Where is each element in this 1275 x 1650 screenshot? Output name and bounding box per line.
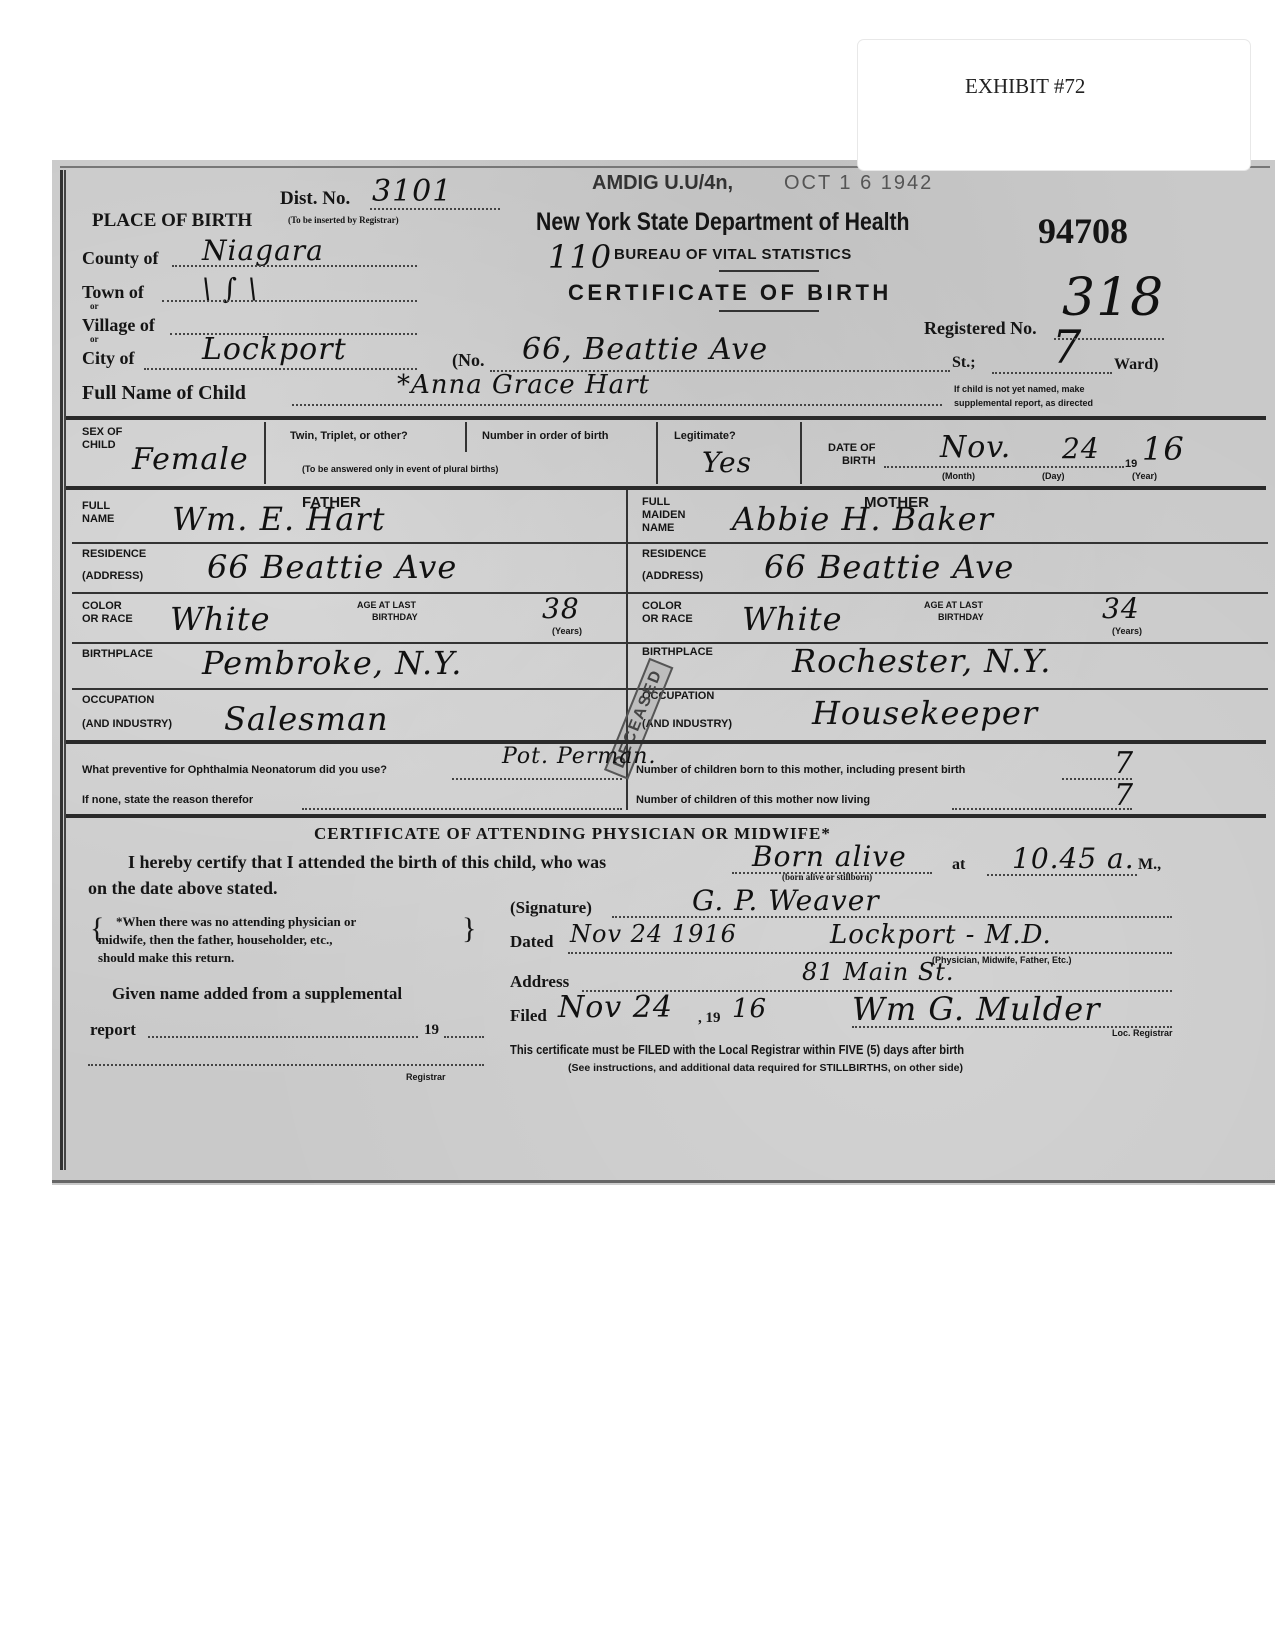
child-name-value: *Anna Grace Hart [397, 370, 650, 400]
exhibit-sticker [858, 40, 1250, 170]
registrar-signature: Wm G. Mulder [852, 990, 1101, 1028]
dated-value: Nov 24 1916 [570, 920, 737, 948]
sex-label-1: SEX OF [82, 426, 122, 438]
mother-occupation: Housekeeper [812, 694, 1038, 732]
supplemental-line [148, 1036, 418, 1038]
father-rule-4 [72, 688, 627, 690]
dated-label: Dated [510, 932, 553, 952]
certificate-number: 94708 [1038, 210, 1128, 252]
mother-rule-2 [628, 592, 1268, 594]
exhibit-label: EXHIBIT #72 [965, 74, 1085, 99]
footer-line-1: This certificate must be FILED with the … [510, 1042, 964, 1057]
father-birthplace-label: BIRTHPLACE [82, 648, 153, 660]
children-born-value: 7 [1114, 746, 1134, 781]
ophthalmia-value: Pot. Perman. [502, 744, 656, 769]
registrar-line [88, 1064, 484, 1066]
children-living-line [952, 808, 1132, 810]
note-line-1: *When there was no attending physician o… [116, 914, 356, 930]
dob-year-prefix: 19 [1125, 458, 1137, 470]
section-rule-4 [66, 814, 1266, 818]
supplemental-report-label: report [90, 1020, 136, 1040]
children-born-label: Number of children born to this mother, … [636, 764, 965, 776]
legitimate-label: Legitimate? [674, 430, 736, 442]
day-caption: (Day) [1042, 471, 1065, 481]
plural-note: (To be answered only in event of plural … [302, 464, 498, 474]
mother-residence-label-2: (ADDRESS) [642, 570, 703, 582]
address-value: 81 Main St. [802, 958, 955, 986]
registered-no-label: Registered No. [924, 318, 1037, 339]
father-color-label-1: COLOR [82, 600, 122, 612]
city-label: City of [82, 348, 135, 369]
street-no-label: (No. [452, 350, 485, 371]
mother-name-label-3: NAME [642, 522, 674, 534]
time-line [987, 874, 1137, 876]
mother-residence: 66 Beattie Ave [764, 548, 1014, 586]
street-value: 66, Beattie Ave [522, 332, 768, 367]
mother-residence-label-1: RESIDENCE [642, 548, 706, 560]
dob-label-2: BIRTH [842, 455, 876, 467]
mother-name-label-1: FULL [642, 496, 670, 508]
born-alive-line [732, 872, 932, 874]
row-divider-4 [800, 422, 802, 484]
father-age-label-1: AGE AT LAST [357, 600, 416, 610]
child-name-label: Full Name of Child [82, 382, 246, 405]
margin-number: 110 [548, 238, 612, 276]
st-label: St.; [952, 354, 976, 372]
or-label-2: or [90, 334, 99, 344]
at-label: at [952, 856, 965, 874]
born-alive-value: Born alive [752, 840, 907, 873]
none-reason-line [302, 808, 622, 810]
ophthalmia-label: What preventive for Ophthalmia Neonatoru… [82, 764, 387, 776]
supplemental-year-line [444, 1036, 484, 1038]
none-reason-label: If none, state the reason therefor [82, 794, 253, 806]
child-name-note-2: supplemental report, as directed [954, 398, 1093, 408]
father-occupation-label-2: (AND INDUSTRY) [82, 718, 172, 730]
mother-age-label-2: BIRTHDAY [938, 612, 984, 622]
mother-occupation-label-2: (AND INDUSTRY) [642, 718, 732, 730]
order-label: Number in order of birth [482, 430, 609, 442]
birth-certificate: Dist. No. 3101 PLACE OF BIRTH (To be ins… [52, 160, 1275, 1185]
bottom-border [52, 1180, 1275, 1183]
title-rule-top [719, 270, 819, 272]
certify-text: I hereby certify that I attended the bir… [128, 852, 606, 873]
section-rule-3 [66, 740, 1266, 744]
dist-no-value: 3101 [372, 174, 452, 209]
row-divider-3 [656, 422, 658, 484]
month-caption: (Month) [942, 471, 975, 481]
father-color: White [170, 600, 271, 638]
father-residence-label-2: (ADDRESS) [82, 570, 143, 582]
department-title: New York State Department of Health [536, 208, 910, 237]
filed-year-prefix: , 19 [698, 1010, 721, 1027]
supplemental-19: 19 [424, 1022, 439, 1039]
father-residence-label-1: RESIDENCE [82, 548, 146, 560]
right-brace: } [462, 912, 476, 946]
amended-stamp: AMDIG U.U/4n, [592, 172, 733, 195]
father-birthplace: Pembroke, N.Y. [202, 644, 462, 682]
father-name: Wm. E. Hart [172, 500, 385, 538]
filed-year: 16 [732, 994, 767, 1024]
ward-label: Ward) [1114, 356, 1158, 374]
registrar-role: Loc. Registrar [1112, 1028, 1173, 1038]
dist-no-line [370, 208, 500, 210]
registered-no-line [1054, 338, 1164, 340]
father-name-label-1: FULL [82, 500, 110, 512]
supplemental-label: Given name added from a supplemental [112, 984, 402, 1004]
dated-place: Lockport - M.D. [830, 920, 1052, 950]
ward-value: 7 [1052, 320, 1082, 374]
time-suffix: M., [1138, 856, 1161, 874]
certificate-number-handwritten: 318 [1062, 268, 1164, 328]
mother-rule-1 [628, 542, 1268, 544]
county-label: County of [82, 248, 159, 269]
mother-birthplace: Rochester, N.Y. [792, 642, 1051, 680]
father-occupation: Salesman [224, 700, 389, 738]
mother-years-caption: (Years) [1112, 626, 1142, 636]
dob-line [884, 466, 1124, 468]
mother-name: Abbie H. Baker [732, 500, 994, 538]
signature-value: G. P. Weaver [692, 884, 880, 917]
or-label-1: or [90, 301, 99, 311]
mother-age: 34 [1102, 592, 1140, 625]
dob-year-value: 16 [1142, 430, 1185, 468]
note-line-3: should make this return. [98, 950, 234, 966]
mother-name-label-2: MAIDEN [642, 509, 685, 521]
filed-label: Filed [510, 1006, 547, 1026]
dist-no-label: Dist. No. [280, 188, 350, 210]
date-stated-text: on the date above stated. [88, 878, 278, 899]
city-value: Lockport [202, 332, 347, 367]
legitimate-value: Yes [702, 446, 752, 479]
county-line [172, 265, 417, 267]
mother-color-label-1: COLOR [642, 600, 682, 612]
ward-line [992, 372, 1112, 374]
certificate-title: CERTIFICATE OF BIRTH [568, 280, 892, 306]
dist-no-note: (To be inserted by Registrar) [288, 215, 399, 225]
place-of-birth-heading: PLACE OF BIRTH [92, 210, 252, 232]
father-age: 38 [542, 592, 580, 625]
section-rule-2 [66, 486, 1266, 490]
father-rule-1 [72, 542, 627, 544]
row-divider-2 [465, 422, 467, 452]
mother-rule-4 [628, 688, 1268, 690]
father-occupation-label-1: OCCUPATION [82, 694, 154, 706]
sex-label-2: CHILD [82, 439, 116, 451]
dob-label-1: DATE OF [828, 442, 875, 454]
children-living-label: Number of children of this mother now li… [636, 794, 870, 806]
dob-day: 24 [1062, 432, 1100, 465]
mother-birthplace-label: BIRTHPLACE [642, 646, 713, 658]
mother-color: White [742, 600, 843, 638]
city-line [144, 368, 417, 370]
town-label: Town of [82, 282, 144, 303]
father-color-label-2: OR RACE [82, 613, 133, 625]
title-rule-bottom [719, 310, 819, 312]
plural-label: Twin, Triplet, or other? [290, 430, 408, 442]
registrar-caption: Registrar [406, 1072, 446, 1082]
left-border [60, 170, 66, 1170]
father-years-caption: (Years) [552, 626, 582, 636]
father-name-label-2: NAME [82, 513, 114, 525]
town-line [162, 300, 417, 302]
sex-value: Female [132, 442, 249, 477]
row-divider-1 [264, 422, 266, 484]
footer-line-2: (See instructions, and additional data r… [568, 1062, 963, 1074]
child-name-line [292, 404, 942, 406]
signature-label: (Signature) [510, 898, 592, 918]
address-label: Address [510, 972, 569, 992]
father-residence: 66 Beattie Ave [207, 548, 457, 586]
mother-age-label-1: AGE AT LAST [924, 600, 983, 610]
mother-color-label-2: OR RACE [642, 613, 693, 625]
child-name-note-1: If child is not yet named, make [954, 384, 1085, 394]
village-label: Village of [82, 315, 155, 336]
dob-month: Nov. [940, 430, 1011, 465]
section-rule-1 [66, 416, 1266, 420]
ophthalmia-line [452, 778, 622, 780]
bureau-title: BUREAU OF VITAL STATISTICS [614, 246, 852, 263]
filed-value: Nov 24 [558, 990, 673, 1025]
dated-line [568, 952, 1172, 954]
year-caption: (Year) [1132, 471, 1157, 481]
amended-date: OCT 1 6 1942 [784, 172, 933, 195]
father-age-label-2: BIRTHDAY [372, 612, 418, 622]
note-line-2: midwife, then the father, householder, e… [98, 932, 332, 948]
signature-line [612, 916, 1172, 918]
time-value: 10.45 a. [1012, 842, 1135, 875]
county-value: Niagara [202, 234, 324, 267]
